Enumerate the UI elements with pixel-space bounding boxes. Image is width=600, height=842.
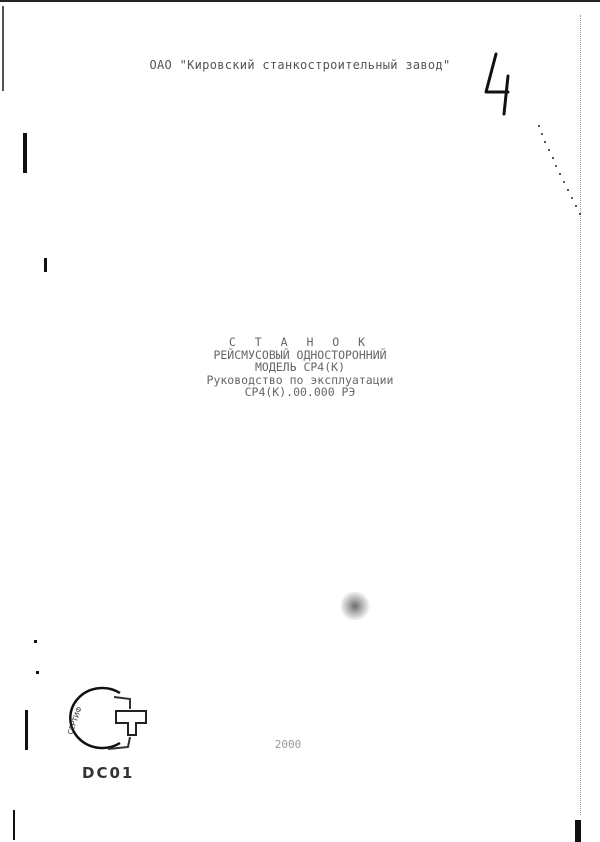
scan-mark bbox=[34, 640, 37, 643]
scan-mark bbox=[575, 820, 581, 842]
scan-mark bbox=[36, 671, 39, 674]
publication-year: 2000 bbox=[268, 738, 308, 751]
certification-mark-icon: СЕРТИФ bbox=[58, 683, 148, 753]
title-document-code: СР4(К).00.000 РЭ bbox=[0, 386, 600, 399]
title-machine: С Т А Н О К bbox=[0, 336, 600, 349]
scan-mark bbox=[44, 258, 47, 272]
scan-border-top bbox=[0, 0, 600, 2]
scan-mark bbox=[25, 710, 28, 750]
svg-text:СЕРТИФ: СЕРТИФ bbox=[66, 706, 83, 736]
scan-smudge bbox=[340, 592, 370, 620]
scan-mark bbox=[13, 810, 15, 840]
certification-code: DC01 bbox=[82, 764, 134, 782]
scan-mark bbox=[23, 133, 27, 173]
handwritten-page-number bbox=[478, 48, 518, 118]
title-model: МОДЕЛЬ СР4(К) bbox=[0, 361, 600, 374]
scan-border-left bbox=[2, 6, 4, 91]
document-title-block: С Т А Н О К РЕЙСМУСОВЫЙ ОДНОСТОРОННИЙ МО… bbox=[0, 336, 600, 399]
scan-dot-trail bbox=[535, 120, 595, 230]
